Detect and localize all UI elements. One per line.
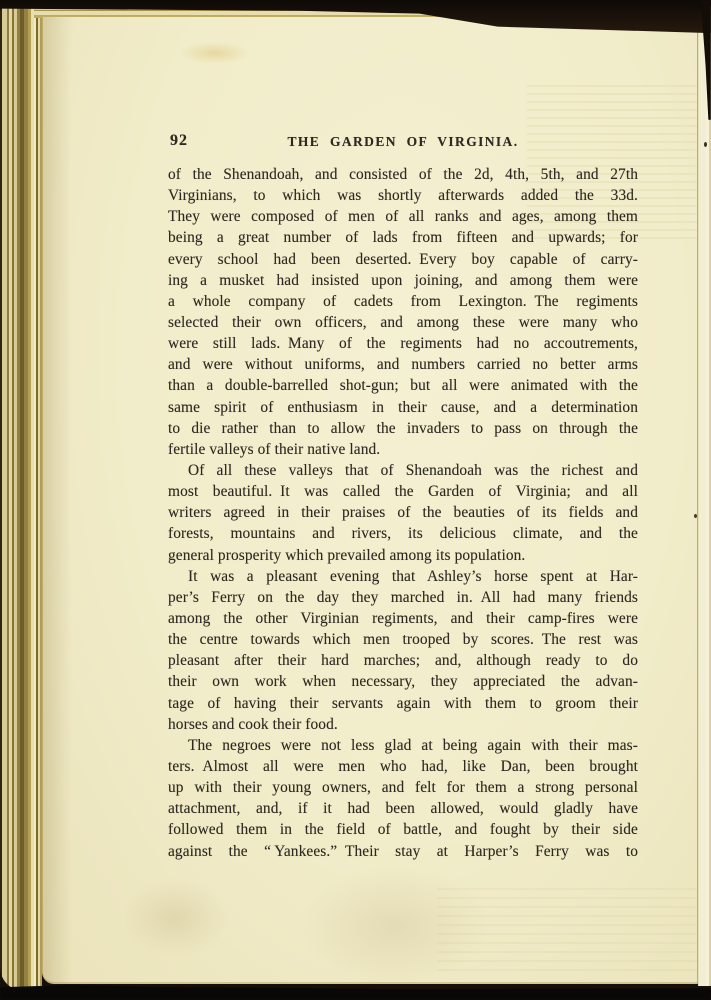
paper-texture-streaks [437,888,697,978]
text-line: and were without uniforms, and numbers c… [168,354,638,375]
text-line: among the other Virginian regiments, and… [168,608,638,629]
text-line: against the “ Yankees.” Their stay at Ha… [168,841,638,862]
book-scan: 92 THE GARDEN OF VIRGINIA. of the Shenan… [0,0,711,1000]
paragraph: of the Shenandoah, and consisted of the … [168,164,638,460]
text-line: Virginians, to which was shortly afterwa… [168,185,638,206]
paper-speck [704,142,707,147]
text-line: their own work when necessary, they appr… [168,671,638,692]
text-line: ters. Almost all were men who had, like … [168,756,638,777]
text-line: every school had been deserted. Every bo… [168,249,638,270]
text-line: Of all these valleys that of Shenandoah … [168,460,638,481]
text-line: It was a pleasant evening that Ashley’s … [168,566,638,587]
text-line: forests, mountains and rivers, its delic… [168,523,638,544]
page-text-block: 92 THE GARDEN OF VIRGINIA. of the Shenan… [168,131,638,862]
paragraph: Of all these valleys that of Shenandoah … [168,460,638,566]
book-cover-bottom-shadow [0,984,711,1000]
text-line: pleasant after their hard marches; and, … [168,650,638,671]
text-line: up with their young owners, and felt for… [168,777,638,798]
text-line: fertile valleys of their native land. [168,439,638,460]
page-stack-right-edge [698,14,711,986]
text-line: horses and cook their food. [168,714,638,735]
page-header: 92 THE GARDEN OF VIRGINIA. [168,131,638,151]
text-line: were still lads. Many of the regiments h… [168,333,638,354]
text-line: They were composed of men of all ranks a… [168,206,638,227]
paragraphs: of the Shenandoah, and consisted of the … [168,164,638,862]
text-line: a whole company of cadets from Lexington… [168,291,638,312]
text-line: general prosperity which prevailed among… [168,545,638,566]
text-line: same spirit of enthusiasm in their cause… [168,397,638,418]
text-line: tage of having their servants again with… [168,693,638,714]
text-line: to die rather than to allow the invaders… [168,418,638,439]
running-title: THE GARDEN OF VIRGINIA. [168,131,638,150]
text-line: of the Shenandoah, and consisted of the … [168,164,638,185]
text-line: than a double-barrelled shot-gun; but al… [168,375,638,396]
text-line: attachment, and, if it had been allowed,… [168,798,638,819]
text-line: selected their own officers, and among t… [168,312,638,333]
page-number: 92 [170,132,188,150]
text-line: the centre towards which men trooped by … [168,629,638,650]
text-line: per’s Ferry on the day they marched in. … [168,587,638,608]
paragraph: It was a pleasant evening that Ashley’s … [168,566,638,735]
text-line: writers agreed in their praises of the b… [168,502,638,523]
text-line: followed them in the field of battle, an… [168,819,638,840]
text-line: The negroes were not less glad at being … [168,735,638,756]
paper-speck [694,514,697,518]
text-line: being a great number of lads from fiftee… [168,227,638,248]
text-line: most beautiful. It was called the Garden… [168,481,638,502]
text-line: ing a musket had insisted upon joining, … [168,270,638,291]
page-stack-left-edge [0,6,42,991]
paragraph: The negroes were not less glad at being … [168,735,638,862]
